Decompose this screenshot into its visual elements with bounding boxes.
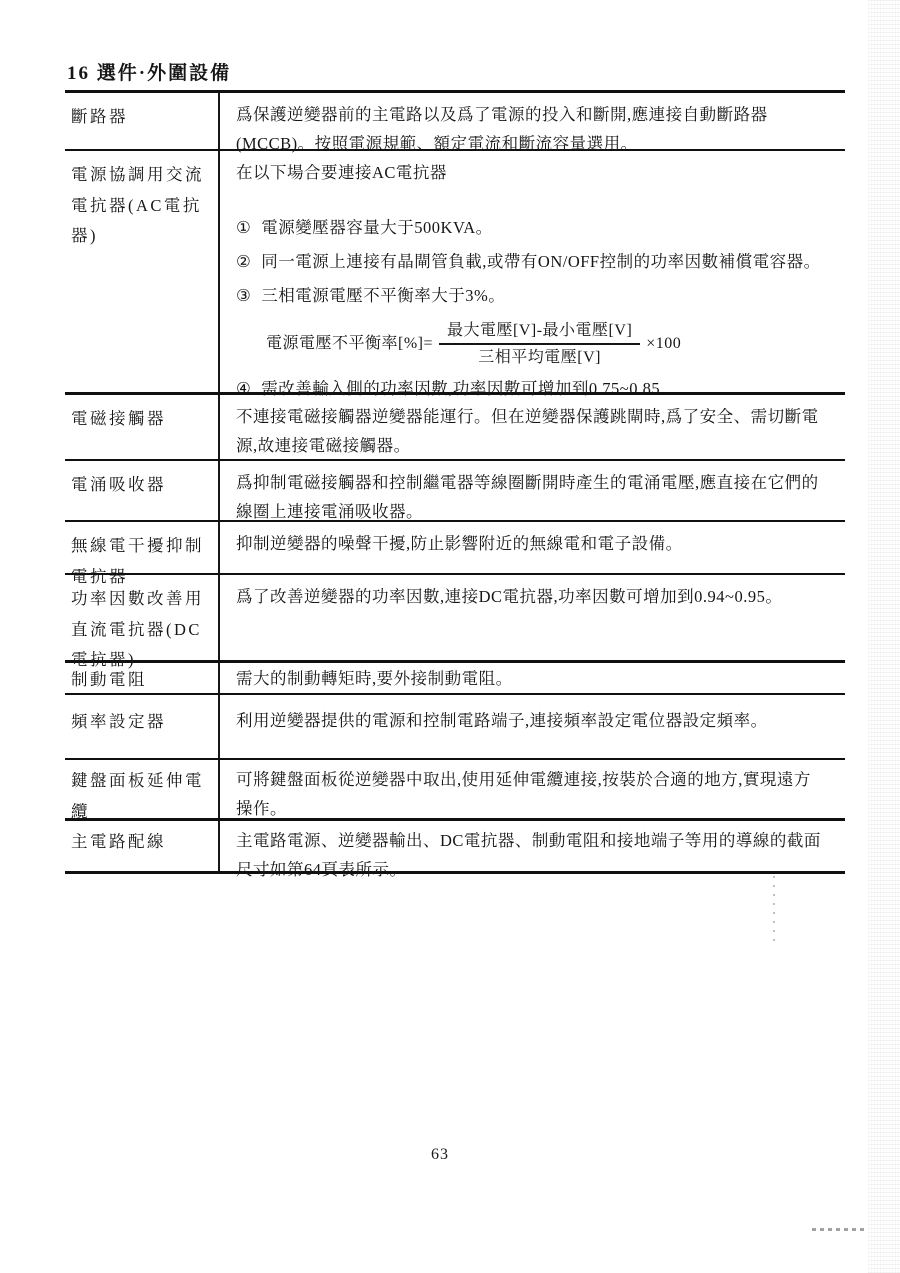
formula-multiplier: ×100 — [646, 330, 681, 358]
term-cell: 鍵盤面板延伸電纜 — [65, 760, 220, 818]
desc-cell: 爲抑制電磁接觸器和控制繼電器等線圈斷開時產生的電涌電壓,應直接在它們的線圈上連接… — [220, 461, 845, 520]
table-row-keypad-extension-cable: 鍵盤面板延伸電纜 可將鍵盤面板從逆變器中取出,使用延伸電纜連接,按裝於合適的地方… — [65, 760, 845, 821]
circled-number: ② — [236, 248, 251, 277]
desc-cell: 抑制逆變器的噪聲干擾,防止影響附近的無線電和電子設備。 — [220, 522, 845, 573]
formula-denominator: 三相平均電壓[V] — [439, 345, 640, 369]
circled-number: ① — [236, 214, 251, 243]
desc-text: 可將鍵盤面板從逆變器中取出,使用延伸電纜連接,按裝於合適的地方,實現遠方操作。 — [236, 770, 811, 818]
term-text: 制動電阻 — [71, 670, 147, 689]
term-text: 功率因數改善用直流電抗器(DC電抗器) — [71, 589, 204, 669]
list-item-1: ① 電源變壓器容量大于500KVA。 — [236, 214, 827, 243]
scanned-manual-page: { "page": { "header": "16 選件·外圍設備", "pag… — [0, 0, 900, 1273]
term-cell: 無線電干擾抑制電抗器 — [65, 522, 220, 573]
desc-cell: 可將鍵盤面板從逆變器中取出,使用延伸電纜連接,按裝於合適的地方,實現遠方操作。 — [220, 760, 845, 818]
table-row-circuit-breaker: 斷路器 爲保護逆變器前的主電路以及爲了電源的投入和斷開,應連接自動斷路器(MCC… — [65, 93, 845, 151]
list-item-text: 三相電源電壓不平衡率大于3%。 — [261, 282, 827, 311]
table-row-radio-noise-reactor: 無線電干擾抑制電抗器 抑制逆變器的噪聲干擾,防止影響附近的無線電和電子設備。 — [65, 522, 845, 575]
term-cell: 電磁接觸器 — [65, 395, 220, 459]
page-number: 63 — [0, 1146, 880, 1164]
desc-text: 爲抑制電磁接觸器和控制繼電器等線圈斷開時產生的電涌電壓,應直接在它們的線圈上連接… — [236, 473, 819, 521]
desc-cell: 需大的制動轉矩時,要外接制動電阻。 — [220, 663, 845, 693]
table-row-dc-reactor: 功率因數改善用直流電抗器(DC電抗器) 爲了改善逆變器的功率因數,連接DC電抗器… — [65, 575, 845, 663]
term-text: 電源協調用交流電抗器(AC電抗器) — [71, 165, 204, 245]
term-cell: 功率因數改善用直流電抗器(DC電抗器) — [65, 575, 220, 660]
desc-cell: 主電路電源、逆變器輸出、DC電抗器、制動電阻和接地端子等用的導線的截面尺寸如第6… — [220, 821, 845, 871]
desc-text: 不連接電磁接觸器逆變器能運行。但在逆變器保護跳閘時,爲了安全、需切斷電源,故連接… — [236, 407, 819, 455]
desc-text: 利用逆變器提供的電源和控制電路端子,連接頻率設定電位器設定頻率。 — [236, 711, 768, 730]
desc-cell: 利用逆變器提供的電源和控制電路端子,連接頻率設定電位器設定頻率。 — [220, 695, 845, 758]
list-item-text: 同一電源上連接有晶閘管負載,或帶有ON/OFF控制的功率因數補償電容器。 — [261, 248, 827, 277]
term-cell: 電源協調用交流電抗器(AC電抗器) — [65, 151, 220, 392]
desc-cell: 不連接電磁接觸器逆變器能運行。但在逆變器保護跳閘時,爲了安全、需切斷電源,故連接… — [220, 395, 845, 459]
desc-text: 爲了改善逆變器的功率因數,連接DC電抗器,功率因數可增加到0.94~0.95。 — [236, 587, 782, 606]
desc-text: 抑制逆變器的噪聲干擾,防止影響附近的無線電和電子設備。 — [236, 534, 683, 553]
formula-fraction: 最大電壓[V]-最小電壓[V] 三相平均電壓[V] — [439, 319, 640, 369]
formula-numerator: 最大電壓[V]-最小電壓[V] — [439, 319, 640, 345]
term-text: 電涌吸收器 — [71, 475, 166, 494]
scan-artifact-dots — [773, 876, 775, 946]
term-text: 鍵盤面板延伸電纜 — [71, 771, 204, 821]
desc-cell: 在以下場合要連接AC電抗器 ① 電源變壓器容量大于500KVA。 ② 同一電源上… — [220, 151, 845, 392]
term-text: 頻率設定器 — [71, 712, 166, 731]
table-row-surge-absorber: 電涌吸收器 爲抑制電磁接觸器和控制繼電器等線圈斷開時產生的電涌電壓,應直接在它們… — [65, 461, 845, 522]
ac-reactor-intro: 在以下場合要連接AC電抗器 — [236, 159, 827, 188]
term-text: 主電路配線 — [71, 832, 166, 851]
list-item-2: ② 同一電源上連接有晶閘管負載,或帶有ON/OFF控制的功率因數補償電容器。 — [236, 248, 827, 277]
desc-text: 主電路電源、逆變器輸出、DC電抗器、制動電阻和接地端子等用的導線的截面尺寸如第6… — [236, 831, 821, 879]
scan-artifact-band — [868, 0, 900, 1273]
term-text: 斷路器 — [71, 107, 128, 126]
table-row-magnetic-contactor: 電磁接觸器 不連接電磁接觸器逆變器能運行。但在逆變器保護跳閘時,爲了安全、需切斷… — [65, 395, 845, 461]
formula-lhs: 電源電壓不平衡率[%]= — [266, 330, 433, 358]
table-row-braking-resistor: 制動電阻 需大的制動轉矩時,要外接制動電阻。 — [65, 663, 845, 695]
scan-artifact-smudge — [812, 1228, 864, 1231]
list-item-text: 電源變壓器容量大于500KVA。 — [261, 214, 827, 243]
desc-cell: 爲了改善逆變器的功率因數,連接DC電抗器,功率因數可增加到0.94~0.95。 — [220, 575, 845, 660]
list-item-3: ③ 三相電源電壓不平衡率大于3%。 — [236, 282, 827, 311]
table-row-ac-reactor: 電源協調用交流電抗器(AC電抗器) 在以下場合要連接AC電抗器 ① 電源變壓器容… — [65, 151, 845, 395]
term-cell: 制動電阻 — [65, 663, 220, 693]
term-cell: 主電路配線 — [65, 821, 220, 871]
options-equipment-table: 斷路器 爲保護逆變器前的主電路以及爲了電源的投入和斷開,應連接自動斷路器(MCC… — [65, 90, 845, 874]
table-row-main-circuit-wiring: 主電路配線 主電路電源、逆變器輸出、DC電抗器、制動電阻和接地端子等用的導線的截… — [65, 821, 845, 874]
circled-number: ③ — [236, 282, 251, 311]
voltage-unbalance-formula: 電源電壓不平衡率[%]= 最大電壓[V]-最小電壓[V] 三相平均電壓[V] ×… — [266, 319, 827, 369]
desc-text: 需大的制動轉矩時,要外接制動電阻。 — [236, 669, 513, 688]
desc-cell: 爲保護逆變器前的主電路以及爲了電源的投入和斷開,應連接自動斷路器(MCCB)。按… — [220, 93, 845, 149]
term-cell: 電涌吸收器 — [65, 461, 220, 520]
term-text: 電磁接觸器 — [71, 409, 166, 428]
term-cell: 頻率設定器 — [65, 695, 220, 758]
term-cell: 斷路器 — [65, 93, 220, 149]
page-title: 16 選件·外圍設備 — [67, 58, 231, 85]
table-row-frequency-setter: 頻率設定器 利用逆變器提供的電源和控制電路端子,連接頻率設定電位器設定頻率。 — [65, 695, 845, 760]
desc-text: 爲保護逆變器前的主電路以及爲了電源的投入和斷開,應連接自動斷路器(MCCB)。按… — [236, 105, 768, 153]
